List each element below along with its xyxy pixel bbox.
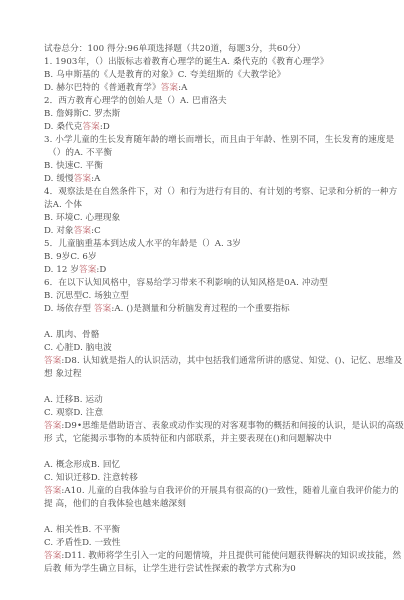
line-text: D. 场依存型 — [44, 304, 94, 314]
text-line: A. 肌肉、骨骼 — [44, 329, 364, 342]
answer-label: 答案 — [44, 551, 61, 561]
line-text: 形 式，它能揭示事物的本质特征和内部联系，并主要表现在()和问题解决中 — [44, 434, 332, 444]
line-text: C. 矛盾性D. 一致性 — [44, 538, 121, 548]
line-text: B. 环境C. 心理现象 — [44, 213, 120, 223]
text-line: 1. 1903年，（）出版标志着教育心理学的诞生A. 桑代克的《教育心理学》 — [44, 56, 364, 69]
line-text: 法A. 个体 — [44, 200, 82, 210]
answer-value: :D — [96, 265, 106, 275]
answer-value: :D — [100, 122, 110, 132]
text-line: 4．观察法是在自然条件下，对（）和行为进行有目的、有计划的考察、记录和分析的一种… — [44, 186, 364, 199]
answer-value: :D8. — [61, 356, 82, 366]
line-text: C. 心脏D. 脑电波 — [44, 343, 112, 353]
line-text: 1. 1903年，（）出版标志着教育心理学的诞生A. 桑代克的《教育心理学》 — [44, 57, 329, 67]
text-line: D. 桑代克答案:D — [44, 121, 364, 134]
text-line: B. 乌申斯基的《人是教育的对象》C. 夸美纽斯的《大教学论》 — [44, 69, 364, 82]
line-text: 思维是借助语言、表象或动作实现的对客观事物的概括和间接的认识，是认识的高级 — [82, 421, 404, 431]
line-text: B. 乌申斯基的《人是教育的对象》C. 夸美纽斯的《大教学论》 — [44, 70, 285, 80]
blank-line — [44, 381, 364, 394]
answer-label: 答案 — [94, 304, 111, 314]
text-line: 2．西方教育心理学的创始人是（）A. 巴甫洛夫 — [44, 95, 364, 108]
exam-document: 试卷总分：100 得分:96单项选择题（共20道，每题3分，共60分）1. 19… — [44, 43, 364, 576]
text-line: D. 对象答案:C — [44, 225, 364, 238]
line-text: D. 对象 — [44, 226, 74, 236]
text-line: 5．儿童脑重基本到达成人水平的年龄是（）A. 3岁 — [44, 238, 364, 251]
answer-value: :A — [178, 83, 187, 93]
line-text: A. 迁移B. 运动 — [44, 395, 103, 405]
line-text: B. 沉思型C. 场独立型 — [44, 291, 129, 301]
text-line: B. 环境C. 心理现象 — [44, 212, 364, 225]
text-line: D. 12 岁答案:D — [44, 264, 364, 277]
text-line: A. 概念形成B. 回忆 — [44, 459, 364, 472]
line-text: A. 概念形成B. 回忆 — [44, 460, 120, 470]
line-text: （）的A. 不平衡 — [48, 148, 112, 158]
text-line: A. 相关性B. 不平衡 — [44, 524, 364, 537]
line-text: B. 快速C. 平衡 — [44, 161, 103, 171]
blank-line — [44, 316, 364, 329]
answer-value: :A10. — [61, 486, 87, 496]
line-text: A. 肌肉、骨骼 — [44, 330, 99, 340]
answer-label: 答案 — [161, 83, 178, 93]
line-text: B. 9岁C. 6岁 — [44, 252, 97, 262]
answer-label: 答案 — [44, 421, 61, 431]
text-line: 后教 师为学生确立目标，让学生进行尝试性探索的教学方式称为0 — [44, 563, 364, 576]
text-line: B. 沉思型C. 场独立型 — [44, 290, 364, 303]
text-line: B. 快速C. 平衡 — [44, 160, 364, 173]
text-line: B. 詹姆斯C. 罗杰斯 — [44, 108, 364, 121]
line-text: 3. 小学儿童的生长发育随年龄的增长而增长，而且由于年龄、性别不同，生长发育的速… — [44, 135, 394, 145]
answer-value: :D9• — [61, 421, 82, 431]
text-line: 答案:A10. 儿童的自我体验与自我评价的开展具有很高的()一致性，随着儿童自我… — [44, 485, 364, 498]
text-line: （）的A. 不平衡 — [44, 147, 364, 160]
answer-label: 答案 — [74, 174, 91, 184]
line-text: 儿童的自我体验与自我评价的开展具有很高的()一致性，随着儿童自我评价能力的 — [88, 486, 399, 496]
line-text: 教师将学生引入一定的问题情境，并且提供可能使问题获得解决的知识或技能，然 — [88, 551, 401, 561]
line-text: B. 詹姆斯C. 罗杰斯 — [44, 109, 120, 119]
line-text: 4．观察法是在自然条件下，对（）和行为进行有目的、有计划的考察、记录和分析的一种… — [44, 187, 397, 197]
line-text: D. 赫尔巴特的《普通教育学》 — [44, 83, 161, 93]
text-line: C. 观察D. 注意 — [44, 407, 364, 420]
blank-line — [44, 511, 364, 524]
line-text: 后教 师为学生确立目标，让学生进行尝试性探索的教学方式称为0 — [44, 564, 296, 574]
answer-label: 答案 — [82, 122, 99, 132]
answer-label: 答案 — [79, 265, 96, 275]
text-line: A. 迁移B. 运动 — [44, 394, 364, 407]
answer-value: :A. ()是测量和分析脑发育过程的一个重要指标 — [111, 304, 289, 314]
line-text: D. 12 岁 — [44, 265, 79, 275]
text-line: 想 象过程 — [44, 368, 364, 381]
answer-value: :C — [91, 226, 101, 236]
line-text: 想 象过程 — [44, 369, 82, 379]
line-text: 提 高，他们的自我体验也越来越深刻 — [44, 499, 186, 509]
text-line: 形 式，它能揭示事物的本质特征和内部联系，并主要表现在()和问题解决中 — [44, 433, 364, 446]
answer-label: 答案 — [44, 486, 61, 496]
answer-label: 答案 — [74, 226, 91, 236]
text-line: 6．在以下认知风格中，容易给学习带来不利影响的认知风格是0A. 冲动型 — [44, 277, 364, 290]
answer-value: :A — [91, 174, 100, 184]
blank-line — [44, 446, 364, 459]
line-text: D. 桑代克 — [44, 122, 82, 132]
text-line: 答案:D11. 教师将学生引入一定的问题情境，并且提供可能使问题获得解决的知识或… — [44, 550, 364, 563]
line-text: 认知就是指人的认识活动，其中包括我们通常所讲的感觉、知觉、()、记忆、思维及 — [83, 356, 403, 366]
text-line: 3. 小学儿童的生长发育随年龄的增长而增长，而且由于年龄、性别不同，生长发育的速… — [44, 134, 364, 147]
line-text: 6．在以下认知风格中，容易给学习带来不利影响的认知风格是0A. 冲动型 — [44, 278, 328, 288]
text-line: C. 知识迁移D. 注意转移 — [44, 472, 364, 485]
text-line: B. 9岁C. 6岁 — [44, 251, 364, 264]
line-text: C. 知识迁移D. 注意转移 — [44, 473, 138, 483]
text-line: D. 场依存型 答案:A. ()是测量和分析脑发育过程的一个重要指标 — [44, 303, 364, 316]
answer-value: :D11. — [61, 551, 88, 561]
text-line: C. 矛盾性D. 一致性 — [44, 537, 364, 550]
exam-header: 试卷总分：100 得分:96单项选择题（共20道，每题3分，共60分） — [44, 43, 364, 56]
text-line: D. 缓慢答案:A — [44, 173, 364, 186]
text-line: 法A. 个体 — [44, 199, 364, 212]
text-line: D. 赫尔巴特的《普通教育学》答案:A — [44, 82, 364, 95]
answer-label: 答案 — [44, 356, 61, 366]
text-line: 答案:D8. 认知就是指人的认识活动，其中包括我们通常所讲的感觉、知觉、()、记… — [44, 355, 364, 368]
line-text: C. 观察D. 注意 — [44, 408, 103, 418]
line-text: 5．儿童脑重基本到达成人水平的年龄是（）A. 3岁 — [44, 239, 241, 249]
line-text: A. 相关性B. 不平衡 — [44, 525, 120, 535]
text-line: 提 高，他们的自我体验也越来越深刻 — [44, 498, 364, 511]
line-text: 2．西方教育心理学的创始人是（）A. 巴甫洛夫 — [44, 96, 227, 106]
line-text: D. 缓慢 — [44, 174, 74, 184]
text-line: 答案:D9•思维是借助语言、表象或动作实现的对客观事物的概括和间接的认识，是认识… — [44, 420, 364, 433]
text-line: C. 心脏D. 脑电波 — [44, 342, 364, 355]
